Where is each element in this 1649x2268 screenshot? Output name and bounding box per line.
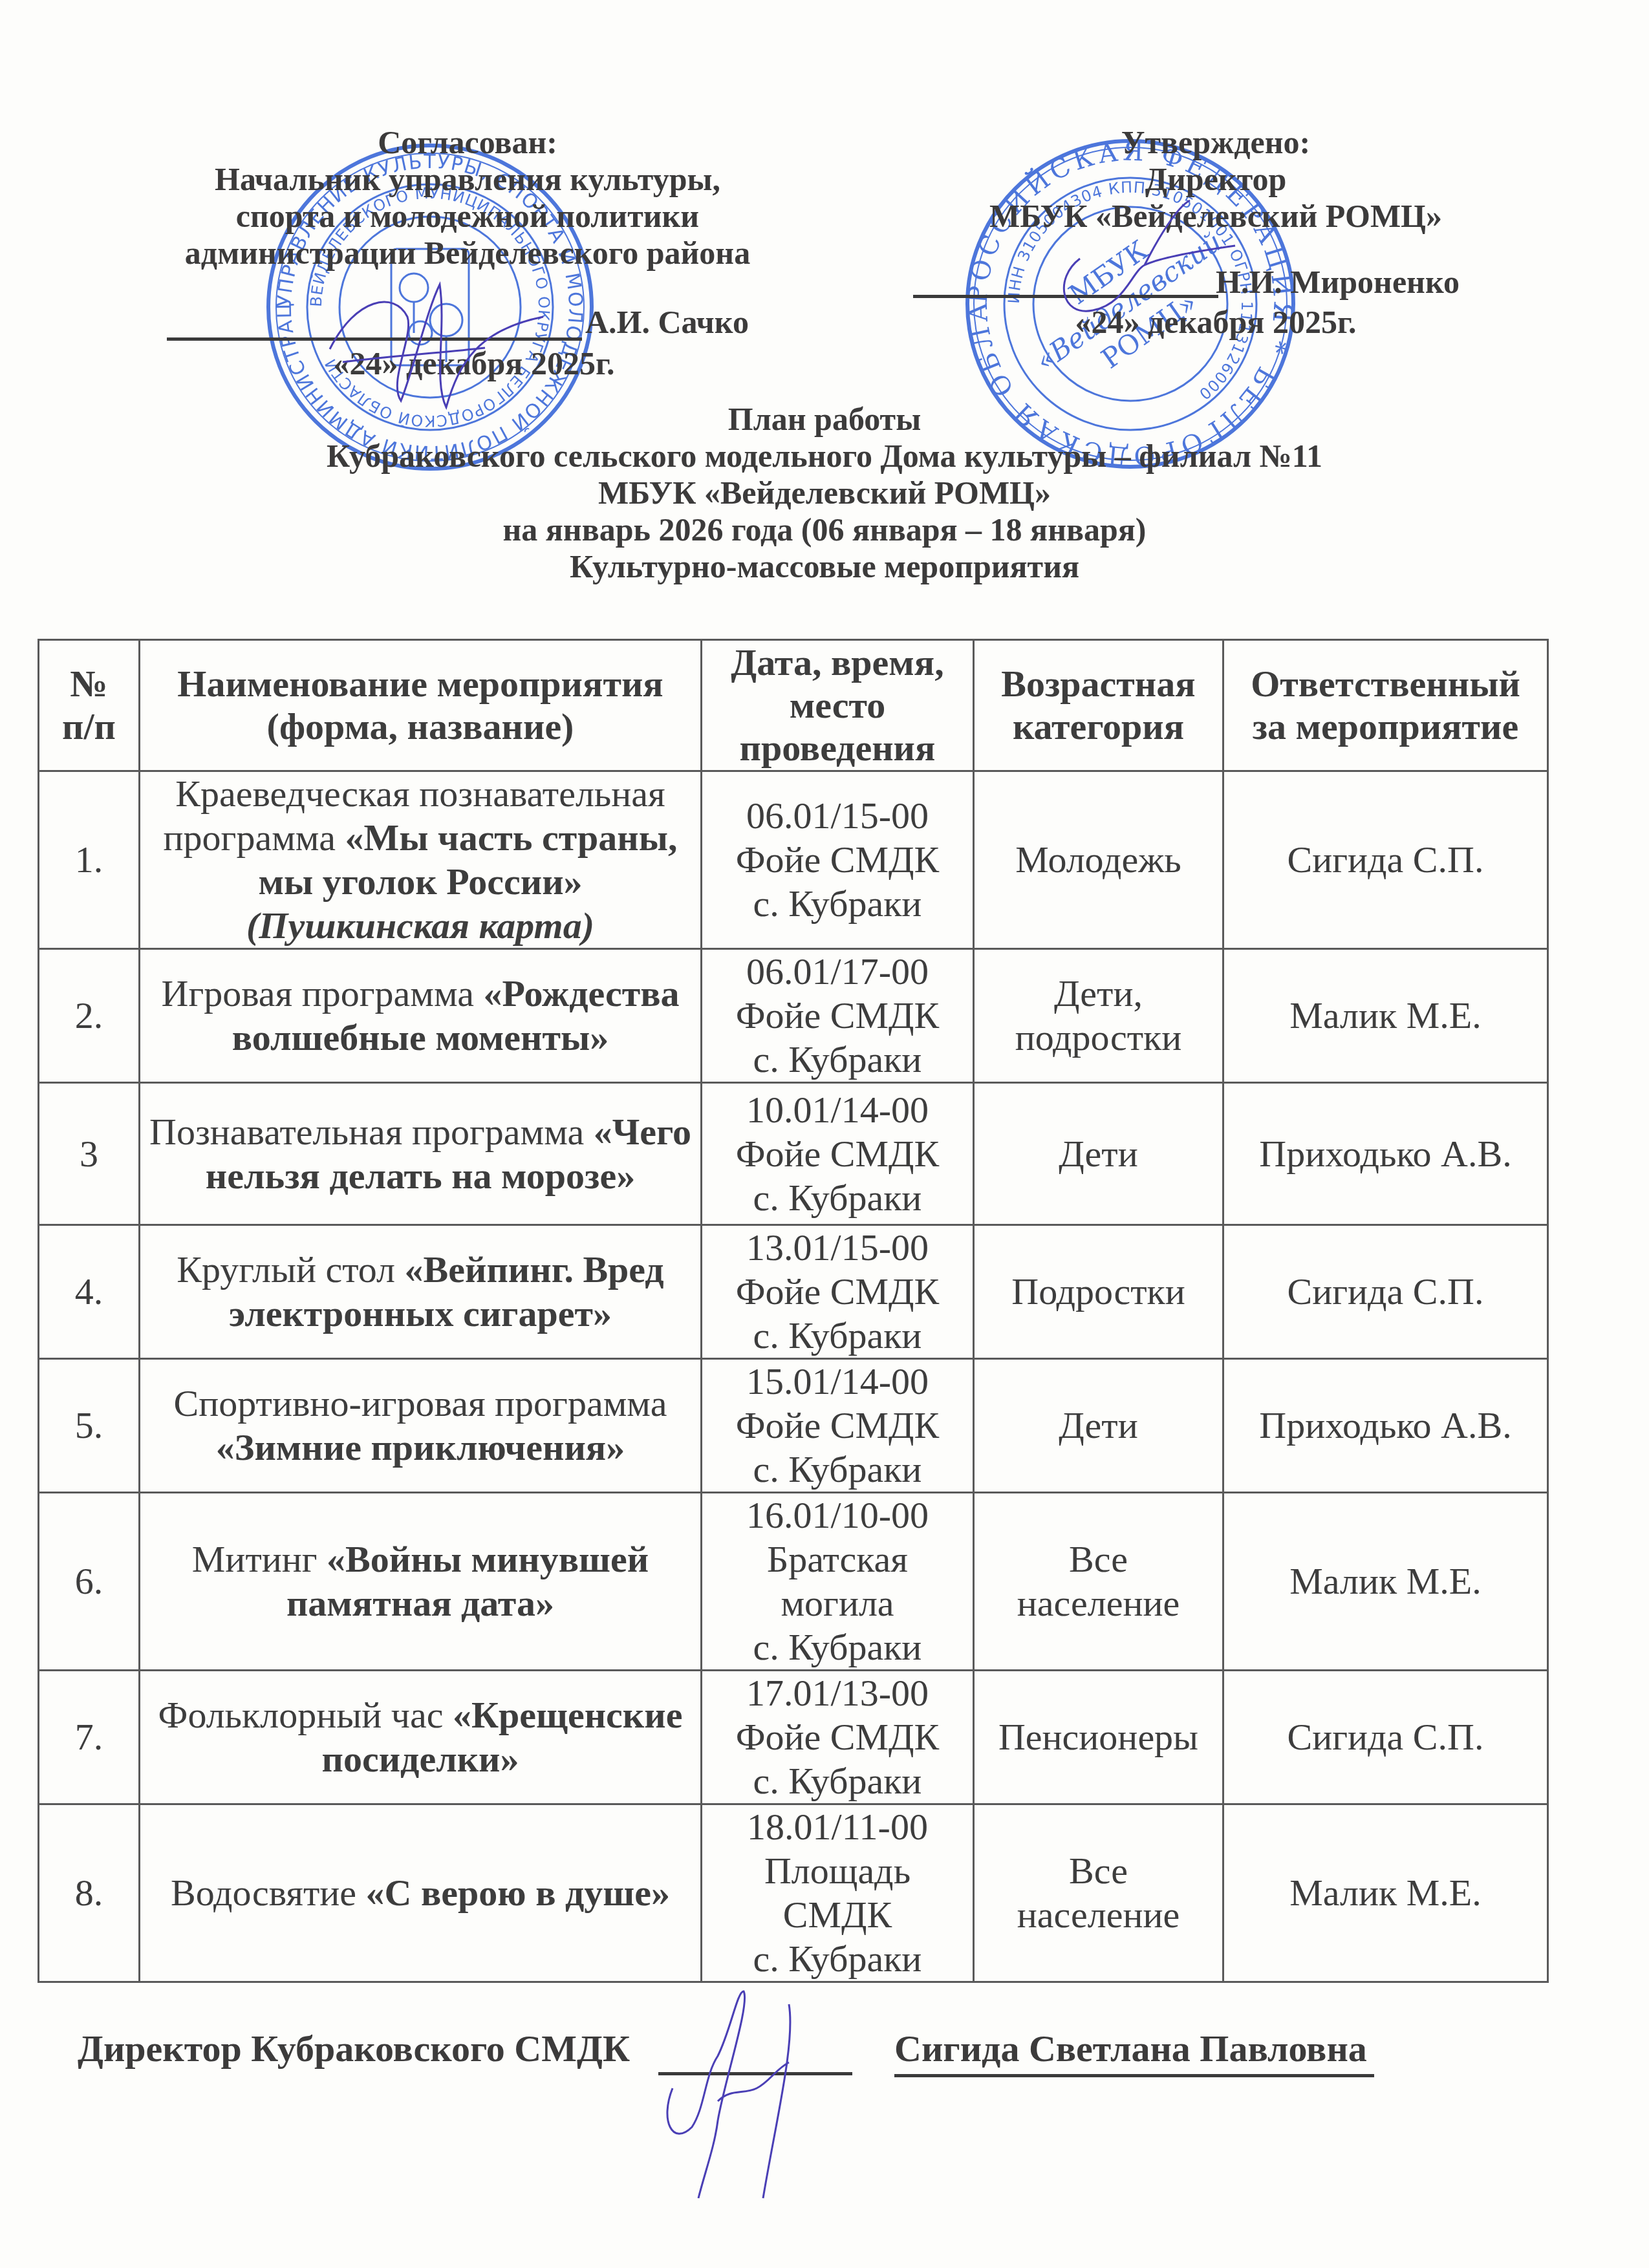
event-form: Фольклорный час — [158, 1694, 444, 1736]
footer-name-underline — [894, 2074, 1374, 2077]
event-responsible: Малик М.Е. — [1223, 1493, 1548, 1671]
event-place: Фойе СМДК — [709, 838, 966, 882]
event-age-cell: Всенаселение — [974, 1493, 1223, 1671]
footer-name: Сигида Светлана Павловна — [894, 2027, 1367, 2070]
row-number: 1. — [39, 771, 140, 949]
event-datetime-cell: 13.01/15-00Фойе СМДКс. Кубраки — [702, 1225, 974, 1359]
event-age: Дети — [981, 1132, 1216, 1176]
event-place: Площадь — [709, 1849, 966, 1893]
footer-signature-line — [658, 2072, 852, 2075]
event-form: Круглый стол — [177, 1248, 395, 1290]
event-title: «Зимние приключения» — [216, 1426, 625, 1468]
event-date-time: 13.01/15-00 — [709, 1226, 966, 1270]
stamp-right-center-2: «Вейделевский — [1030, 226, 1228, 377]
events-table: № п/п Наименование мероприятия (форма, н… — [38, 639, 1549, 1983]
header-responsible: Ответственный за мероприятие — [1223, 640, 1548, 771]
signature-footer — [660, 1978, 828, 2211]
event-title: «С верою в душе» — [366, 1872, 670, 1914]
stamp-right-center-1: МБУК — [1063, 234, 1154, 311]
header-name: Наименование мероприятия (форма, названи… — [140, 640, 702, 771]
approval-left-signatory: А.И. Сачко — [585, 304, 749, 341]
header-num: № п/п — [39, 640, 140, 771]
event-place: с. Кубраки — [709, 1038, 966, 1082]
row-number: 2. — [39, 949, 140, 1083]
title-line-4: на январь 2026 года (06 января – 18 янва… — [0, 511, 1649, 548]
title-line-3: МБУК «Вейделевский РОМЦ» — [0, 475, 1649, 511]
event-age: Все — [981, 1849, 1216, 1893]
approval-left-date: «24» декабря 2025г. — [280, 345, 668, 382]
event-place: Фойе СМДК — [709, 1404, 966, 1448]
event-name-cell: Круглый стол «Вейпинг. Вред электронных … — [140, 1225, 702, 1359]
event-age: Молодежь — [981, 838, 1216, 882]
event-date-time: 18.01/11-00 — [709, 1805, 966, 1849]
approval-left-signature-line — [167, 337, 582, 341]
row-number: 8. — [39, 1804, 140, 1982]
event-age-cell: Дети — [974, 1359, 1223, 1493]
event-place: с. Кубраки — [709, 1176, 966, 1220]
event-age: Все — [981, 1537, 1216, 1581]
event-age-cell: Дети,подростки — [974, 949, 1223, 1083]
event-responsible: Сигида С.П. — [1223, 1671, 1548, 1804]
event-name-cell: Водосвятие «С верою в душе» — [140, 1804, 702, 1982]
table-row: 7.Фольклорный час «Крещенские посиделки»… — [39, 1671, 1548, 1804]
event-name-cell: Краеведческая познавательная программа «… — [140, 771, 702, 949]
title-line-5: Культурно-массовые мероприятия — [0, 548, 1649, 585]
event-date-time: 15.01/14-00 — [709, 1360, 966, 1404]
event-responsible: Сигида С.П. — [1223, 771, 1548, 949]
event-place: с. Кубраки — [709, 1759, 966, 1803]
event-form: Игровая программа — [162, 972, 475, 1014]
event-form: Водосвятие — [171, 1872, 356, 1914]
event-place: Фойе СМДК — [709, 1715, 966, 1759]
event-age: население — [981, 1893, 1216, 1937]
event-age: население — [981, 1581, 1216, 1625]
event-place: Фойе СМДК — [709, 1270, 966, 1314]
event-note: (Пушкинская карта) — [246, 904, 594, 947]
table-row: 5.Спортивно-игровая программа «Зимние пр… — [39, 1359, 1548, 1493]
table-row: 2.Игровая программа «Рождества волшебные… — [39, 949, 1548, 1083]
event-date-time: 06.01/15-00 — [709, 794, 966, 838]
approval-left-heading: Согласован: — [274, 124, 662, 161]
row-number: 7. — [39, 1671, 140, 1804]
event-form: Спортивно-игровая программа — [174, 1382, 667, 1424]
approval-right-line-2: МБУК «Вейделевский РОМЦ» — [892, 198, 1539, 235]
title-line-1: План работы — [0, 401, 1649, 438]
event-place: Фойе СМДК — [709, 994, 966, 1038]
event-responsible: Малик М.Е. — [1223, 1804, 1548, 1982]
event-age: Подростки — [981, 1270, 1216, 1314]
event-name-cell: Познавательная программа «Чего нельзя де… — [140, 1083, 702, 1225]
event-datetime-cell: 10.01/14-00Фойе СМДКс. Кубраки — [702, 1083, 974, 1225]
event-place: Братская — [709, 1537, 966, 1581]
table-row: 6.Митинг «Войны минувшей памятная дата»1… — [39, 1493, 1548, 1671]
event-date-time: 10.01/14-00 — [709, 1088, 966, 1132]
approval-right-date: «24» декабря 2025г. — [1022, 304, 1410, 341]
event-date-time: 06.01/17-00 — [709, 950, 966, 994]
approval-right-signatory: Н.И. Мироненко — [1216, 264, 1460, 301]
event-place: с. Кубраки — [709, 882, 966, 926]
approval-right-heading: Утверждено: — [1022, 124, 1410, 161]
row-number: 5. — [39, 1359, 140, 1493]
table-row: 4.Круглый стол «Вейпинг. Вред электронны… — [39, 1225, 1548, 1359]
event-age: Пенсионеры — [981, 1715, 1216, 1759]
event-age-cell: Пенсионеры — [974, 1671, 1223, 1804]
event-age-cell: Всенаселение — [974, 1804, 1223, 1982]
event-age-cell: Подростки — [974, 1225, 1223, 1359]
row-number: 6. — [39, 1493, 140, 1671]
table-row: 3Познавательная программа «Чего нельзя д… — [39, 1083, 1548, 1225]
event-date-time: 17.01/13-00 — [709, 1671, 966, 1715]
event-place: Фойе СМДК — [709, 1132, 966, 1176]
event-place: могила — [709, 1581, 966, 1625]
event-age-cell: Молодежь — [974, 771, 1223, 949]
approval-right-signature-line — [913, 295, 1218, 298]
event-datetime-cell: 16.01/10-00Братскаямогилас. Кубраки — [702, 1493, 974, 1671]
row-number: 3 — [39, 1083, 140, 1225]
event-date-time: 16.01/10-00 — [709, 1493, 966, 1537]
header-datetime: Дата, время, место проведения — [702, 640, 974, 771]
event-form: Митинг — [192, 1538, 318, 1580]
event-name-cell: Фольклорный час «Крещенские посиделки» — [140, 1671, 702, 1804]
table-row: 8.Водосвятие «С верою в душе»18.01/11-00… — [39, 1804, 1548, 1982]
row-number: 4. — [39, 1225, 140, 1359]
table-row: 1.Краеведческая познавательная программа… — [39, 771, 1548, 949]
event-responsible: Приходько А.В. — [1223, 1359, 1548, 1493]
event-datetime-cell: 06.01/17-00Фойе СМДКс. Кубраки — [702, 949, 974, 1083]
event-name-cell: Спортивно-игровая программа «Зимние прик… — [140, 1359, 702, 1493]
event-datetime-cell: 06.01/15-00Фойе СМДКс. Кубраки — [702, 771, 974, 949]
event-place: с. Кубраки — [709, 1937, 966, 1981]
event-form: Познавательная программа — [149, 1111, 584, 1153]
approval-left-line-3: администрации Вейделевского района — [112, 235, 823, 272]
event-age: Дети — [981, 1404, 1216, 1448]
event-age: подростки — [981, 1016, 1216, 1060]
approval-right-line-1: Директор — [1022, 161, 1410, 198]
event-name-cell: Митинг «Войны минувшей памятная дата» — [140, 1493, 702, 1671]
event-datetime-cell: 18.01/11-00ПлощадьСМДКс. Кубраки — [702, 1804, 974, 1982]
approval-left-line-2: спорта и молодежной политики — [144, 198, 791, 235]
event-datetime-cell: 17.01/13-00Фойе СМДКс. Кубраки — [702, 1671, 974, 1804]
event-age: Дети, — [981, 972, 1216, 1016]
event-place: с. Кубраки — [709, 1448, 966, 1492]
event-responsible: Сигида С.П. — [1223, 1225, 1548, 1359]
document-title: План работы Кубраковского сельского моде… — [0, 401, 1649, 585]
event-responsible: Приходько А.В. — [1223, 1083, 1548, 1225]
footer-position: Директор Кубраковского СМДК — [78, 2027, 630, 2070]
event-place: СМДК — [709, 1893, 966, 1937]
event-responsible: Малик М.Е. — [1223, 949, 1548, 1083]
event-title: «Войны минувшей памятная дата» — [286, 1538, 649, 1624]
signature-left — [317, 272, 550, 414]
approval-left-line-1: Начальник управления культуры, — [144, 161, 791, 198]
title-line-2: Кубраковского сельского модельного Дома … — [0, 438, 1649, 475]
table-header-row: № п/п Наименование мероприятия (форма, н… — [39, 640, 1548, 771]
header-age: Возрастная категория — [974, 640, 1223, 771]
event-place: с. Кубраки — [709, 1625, 966, 1669]
event-datetime-cell: 15.01/14-00Фойе СМДКс. Кубраки — [702, 1359, 974, 1493]
event-age-cell: Дети — [974, 1083, 1223, 1225]
event-name-cell: Игровая программа «Рождества волшебные м… — [140, 949, 702, 1083]
event-place: с. Кубраки — [709, 1314, 966, 1358]
